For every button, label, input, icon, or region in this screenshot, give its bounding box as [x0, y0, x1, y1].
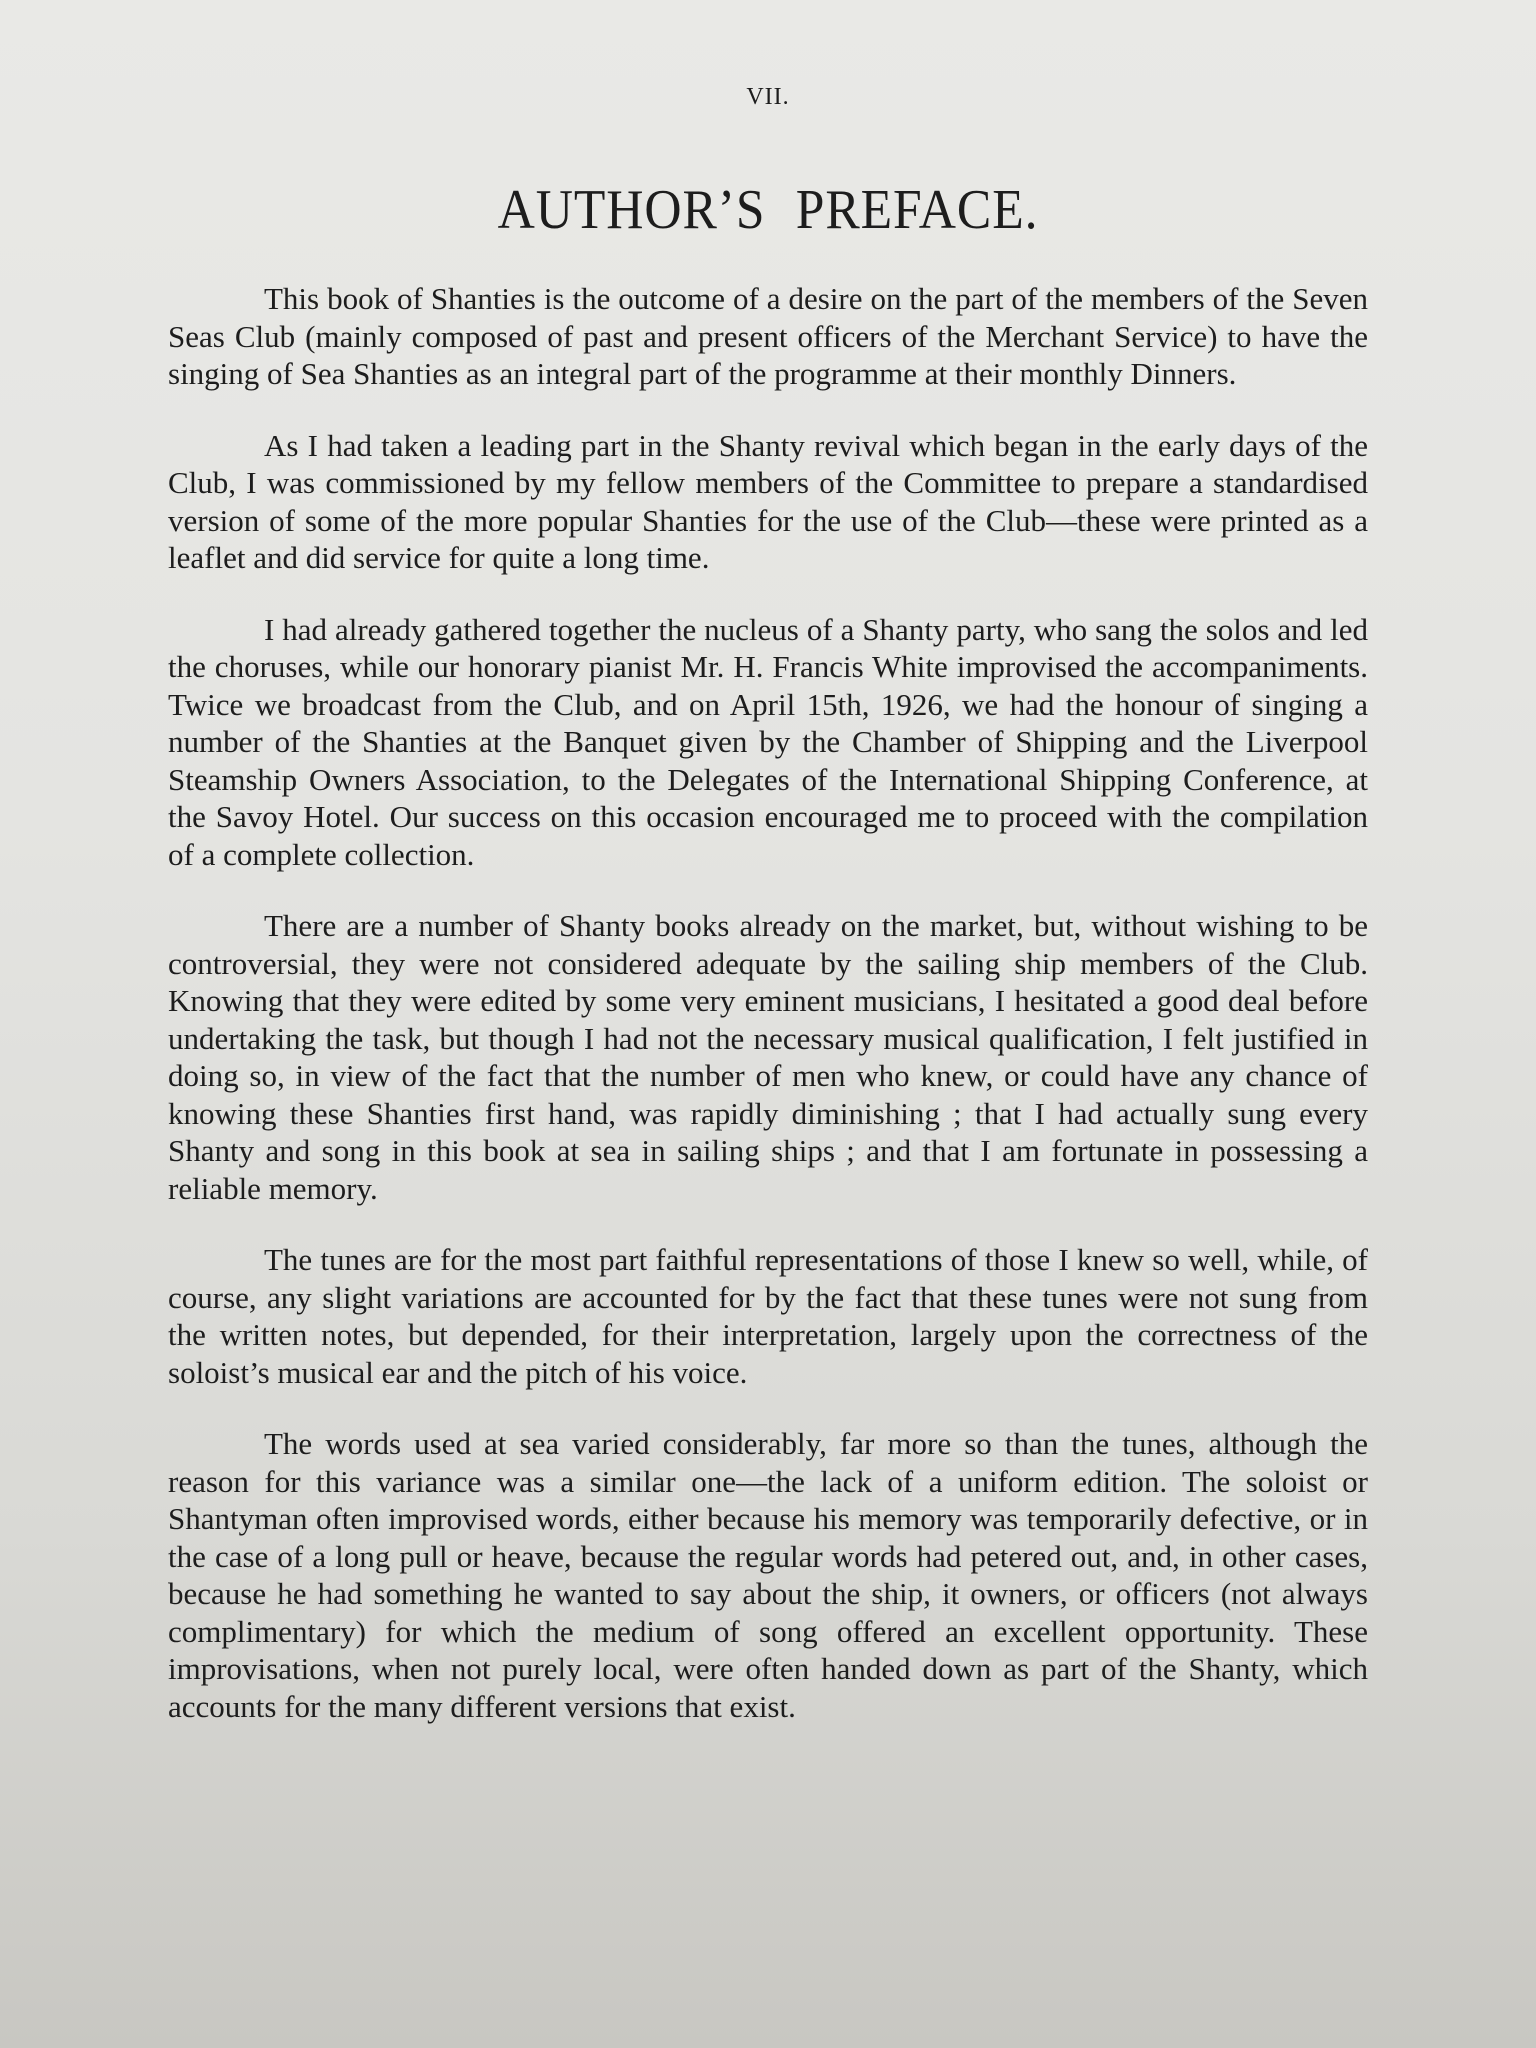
paragraph: There are a number of Shanty books alrea… — [168, 907, 1368, 1207]
page-title: AUTHOR’S PREFACE. — [61, 178, 1474, 242]
preface-body: This book of Shanties is the outcome of … — [168, 280, 1368, 1759]
paragraph: The words used at sea varied considerabl… — [168, 1425, 1368, 1725]
paragraph: This book of Shanties is the outcome of … — [168, 280, 1368, 393]
paragraph: As I had taken a leading part in the Sha… — [168, 427, 1368, 577]
page-number: VII. — [0, 84, 1536, 111]
paragraph: The tunes are for the most part faithful… — [168, 1241, 1368, 1391]
paragraph: I had already gathered together the nucl… — [168, 611, 1368, 874]
